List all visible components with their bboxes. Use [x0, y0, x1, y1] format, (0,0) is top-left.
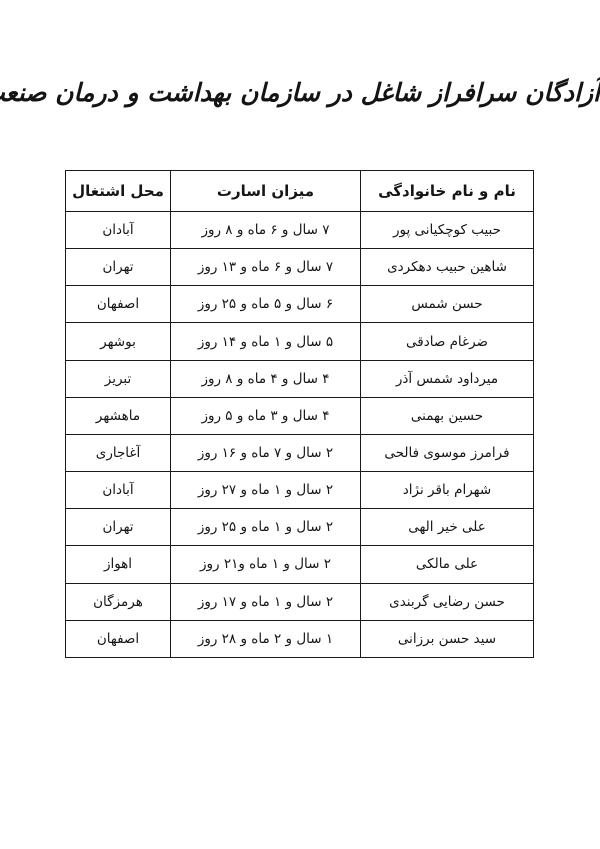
- table-row: سید حسن برزانی ۱ سال و ۲ ماه و ۲۸ روز اص…: [66, 620, 534, 657]
- cell-captivity-duration: ۶ سال و ۵ ماه و ۲۵ روز: [171, 286, 361, 323]
- cell-name: فرامرز موسوی فالحی: [361, 434, 534, 471]
- table-row: علی خیر الهی ۲ سال و ۱ ماه و ۲۵ روز تهرا…: [66, 509, 534, 546]
- cell-name: شهرام باقر نژاد: [361, 472, 534, 509]
- cell-captivity-duration: ۲ سال و ۱ ماه و ۲۷ روز: [171, 472, 361, 509]
- table-row: فرامرز موسوی فالحی ۲ سال و ۷ ماه و ۱۶ رو…: [66, 434, 534, 471]
- cell-captivity-duration: ۵ سال و ۱ ماه و ۱۴ روز: [171, 323, 361, 360]
- table-row: میرداود شمس آذر ۴ سال و ۴ ماه و ۸ روز تب…: [66, 360, 534, 397]
- column-header-captivity-duration: میزان اسارت: [171, 171, 361, 212]
- cell-name: علی مالکی: [361, 546, 534, 583]
- cell-work-location: تهران: [66, 509, 171, 546]
- cell-work-location: اصفهان: [66, 620, 171, 657]
- table-row: حسین بهمنی ۴ سال و ۳ ماه و ۵ روز ماهشهر: [66, 397, 534, 434]
- cell-captivity-duration: ۴ سال و ۳ ماه و ۵ روز: [171, 397, 361, 434]
- cell-name: حسن رضایی گربندی: [361, 583, 534, 620]
- freed-pows-table: نام و نام خانوادگی میزان اسارت محل اشتغا…: [65, 170, 534, 658]
- table-row: ضرغام صادقی ۵ سال و ۱ ماه و ۱۴ روز بوشهر: [66, 323, 534, 360]
- cell-captivity-duration: ۱ سال و ۲ ماه و ۲۸ روز: [171, 620, 361, 657]
- document-title: آزادگان سرافراز شاغل در سازمان بهداشت و …: [0, 78, 600, 107]
- table-row: حسن شمس ۶ سال و ۵ ماه و ۲۵ روز اصفهان: [66, 286, 534, 323]
- cell-work-location: هرمزگان: [66, 583, 171, 620]
- cell-captivity-duration: ۲ سال و ۷ ماه و ۱۶ روز: [171, 434, 361, 471]
- cell-work-location: تبریز: [66, 360, 171, 397]
- cell-work-location: آبادان: [66, 472, 171, 509]
- table-row: حسن رضایی گربندی ۲ سال و ۱ ماه و ۱۷ روز …: [66, 583, 534, 620]
- cell-captivity-duration: ۲ سال و ۱ ماه و ۱۷ روز: [171, 583, 361, 620]
- cell-name: میرداود شمس آذر: [361, 360, 534, 397]
- table-row: علی مالکی ۲ سال و ۱ ماه و۲۱ روز اهواز: [66, 546, 534, 583]
- cell-work-location: اهواز: [66, 546, 171, 583]
- cell-work-location: بوشهر: [66, 323, 171, 360]
- table-row: شاهین حبیب دهکردی ۷ سال و ۶ ماه و ۱۳ روز…: [66, 249, 534, 286]
- cell-captivity-duration: ۷ سال و ۶ ماه و ۸ روز: [171, 212, 361, 249]
- column-header-name: نام و نام خانوادگی: [361, 171, 534, 212]
- cell-work-location: آبادان: [66, 212, 171, 249]
- cell-name: حسین بهمنی: [361, 397, 534, 434]
- cell-work-location: تهران: [66, 249, 171, 286]
- header-row: نام و نام خانوادگی میزان اسارت محل اشتغا…: [66, 171, 534, 212]
- cell-name: حسن شمس: [361, 286, 534, 323]
- cell-captivity-duration: ۲ سال و ۱ ماه و ۲۵ روز: [171, 509, 361, 546]
- cell-work-location: ماهشهر: [66, 397, 171, 434]
- cell-work-location: اصفهان: [66, 286, 171, 323]
- cell-name: حبیب کوچکیانی پور: [361, 212, 534, 249]
- cell-captivity-duration: ۷ سال و ۶ ماه و ۱۳ روز: [171, 249, 361, 286]
- table-row: حبیب کوچکیانی پور ۷ سال و ۶ ماه و ۸ روز …: [66, 212, 534, 249]
- cell-name: ضرغام صادقی: [361, 323, 534, 360]
- table-row: شهرام باقر نژاد ۲ سال و ۱ ماه و ۲۷ روز آ…: [66, 472, 534, 509]
- document-page: آزادگان سرافراز شاغل در سازمان بهداشت و …: [0, 0, 600, 849]
- cell-captivity-duration: ۴ سال و ۴ ماه و ۸ روز: [171, 360, 361, 397]
- cell-captivity-duration: ۲ سال و ۱ ماه و۲۱ روز: [171, 546, 361, 583]
- column-header-work-location: محل اشتغال: [66, 171, 171, 212]
- cell-name: شاهین حبیب دهکردی: [361, 249, 534, 286]
- cell-work-location: آغاجاری: [66, 434, 171, 471]
- cell-name: علی خیر الهی: [361, 509, 534, 546]
- cell-name: سید حسن برزانی: [361, 620, 534, 657]
